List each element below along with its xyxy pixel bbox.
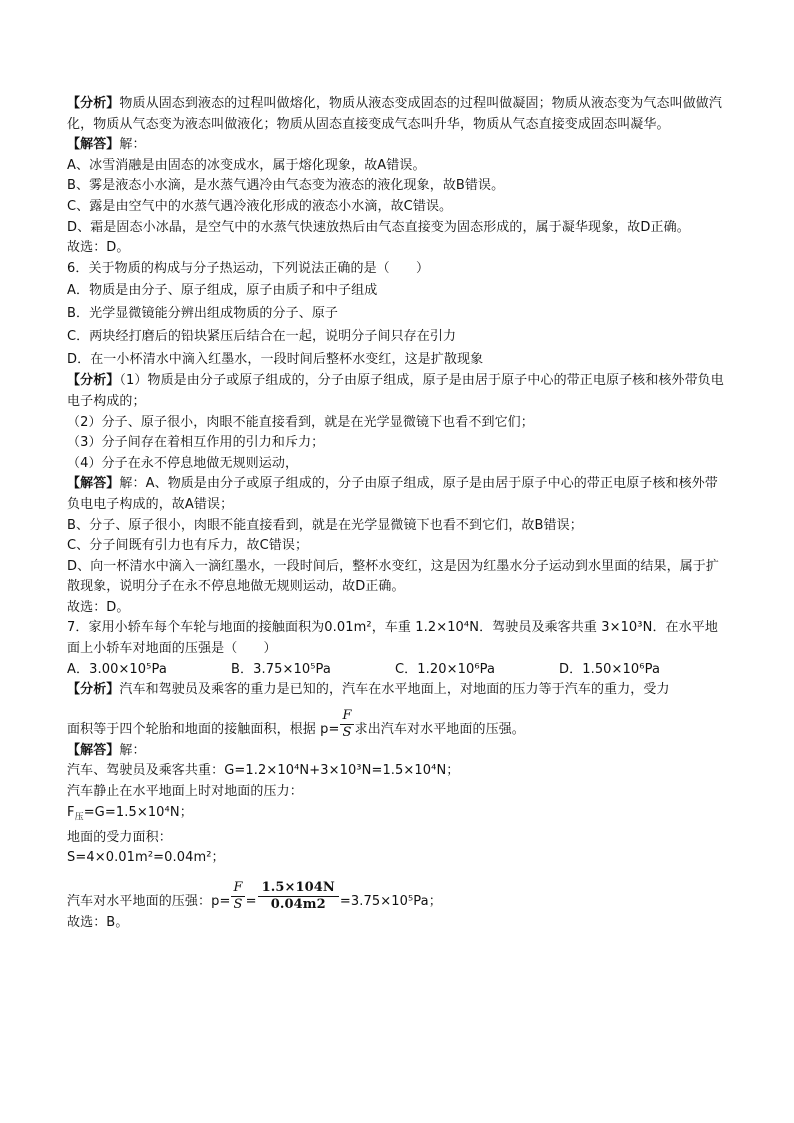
q7-option-c: C．1.20×10⁶Pa (395, 660, 559, 681)
q6-answer-a: 【解答】解：A、物质是由分子或原子组成的，分子由原子组成，原子是由居于原子中心的… (67, 474, 727, 515)
document-page: 【分析】物质从固态到液态的过程叫做熔化，物质从液态变成固态的过程叫做凝固；物质从… (67, 94, 727, 934)
q7-force-calc: F压=G=1.5×10⁴N； (67, 803, 727, 828)
q7-total-weight: 汽车、驾驶员及乘客共重：G=1.2×10⁴N+3×10³N=1.5×10⁴N； (67, 761, 727, 782)
q6-choice: 故选：D。 (67, 598, 727, 619)
analysis-tag: 【分析】 (67, 96, 119, 111)
fraction-f-over-s: F S (340, 708, 353, 741)
q6-question: 6．关于物质的构成与分子热运动，下列说法正确的是（ ） (67, 259, 727, 280)
q6-option-a: A．物质是由分子、原子组成，原子由质子和中子组成 (67, 279, 727, 302)
analysis-tag: 【分析】 (67, 682, 119, 697)
denominator: S (234, 897, 243, 913)
q7-pressure-calc: 汽车对水平地面的压强：p= F S = 1.5×104N 0.04m2 =3.7… (67, 869, 727, 913)
answer-intro: 解： (119, 137, 145, 152)
fraction-f-over-s: F S (231, 880, 244, 913)
q7-analysis-1: 【分析】汽车和驾驶员及乘客的重力是已知的，汽车在水平地面上，对地面的压力等于汽车… (67, 680, 727, 701)
q6-answer-c: C、分子间既有引力也有斥力，故C错误； (67, 536, 727, 557)
q7-area-calc: S=4×0.01m²=0.04m²； (67, 848, 727, 869)
numerator: F (231, 880, 244, 897)
q6-analysis-2: （2）分子、原子很小，肉眼不能直接看到，就是在光学显微镜下也看不到它们； (67, 413, 727, 434)
denominator: S (343, 725, 352, 741)
q5-answer-header: 【解答】解： (67, 135, 727, 156)
pressure-label: 汽车对水平地面的压强：p= (67, 892, 230, 913)
answer-tag: 【解答】 (67, 743, 119, 758)
q6-option-d: D．在一小杯清水中滴入红墨水，一段时间后整杯水变红，这是扩散现象 (67, 348, 727, 371)
force-symbol: F (67, 805, 75, 820)
q6-analysis-4: （4）分子在永不停息地做无规则运动， (67, 454, 727, 475)
analysis-text: 物质从固态到液态的过程叫做熔化，物质从液态变成固态的过程叫做凝固；物质从液态变为… (67, 96, 722, 132)
q7-choice: 故选：B。 (67, 913, 727, 934)
q5-answer-b: B、雾是液态小水滴，是水蒸气遇冷由气态变为液态的液化现象，故B错误。 (67, 176, 727, 197)
q6-option-b: B．光学显微镜能分辨出组成物质的分子、原子 (67, 302, 727, 325)
q6-option-c: C．两块经打磨后的铅块紧压后结合在一起，说明分子间只存在引力 (67, 325, 727, 348)
q6-answer-d: D、向一杯清水中滴入一滴红墨水，一段时间后，整杯水变红，这是因为红墨水分子运动到… (67, 557, 727, 598)
analysis-tag: 【分析】 (67, 373, 119, 388)
analysis-text: 汽车和驾驶员及乘客的重力是已知的，汽车在水平地面上，对地面的压力等于汽车的重力，… (119, 682, 669, 697)
analysis-text: 求出汽车对水平地面的压强。 (355, 720, 525, 741)
q5-answer-a: A、冰雪消融是由固态的冰变成水，属于熔化现象，故A错误。 (67, 156, 727, 177)
q7-option-a: A．3.00×10⁵Pa (67, 660, 231, 681)
equals: = (246, 892, 257, 913)
fraction-values: 1.5×104N 0.04m2 (258, 880, 339, 913)
answer-tag: 【解答】 (67, 137, 119, 152)
numerator: 1.5×104N (258, 880, 339, 897)
force-subscript: 压 (75, 812, 84, 822)
answer-a: 解：A、物质是由分子或原子组成的，分子由原子组成，原子是由居于原子中心的带正电原… (67, 476, 718, 512)
q7-option-b: B．3.75×10⁵Pa (231, 660, 395, 681)
q6-analysis-1: 【分析】（1）物质是由分子或原子组成的，分子由原子组成，原子是由居于原子中心的带… (67, 371, 727, 412)
q7-force-label: 汽车静止在水平地面上时对地面的压力： (67, 782, 727, 803)
numerator: F (340, 708, 353, 725)
q7-question: 7．家用小轿车每个车轮与地面的接触面积为0.01m²，车重 1.2×10⁴N．驾… (67, 618, 727, 659)
answer-tag: 【解答】 (67, 476, 119, 491)
q7-answer-header: 【解答】解： (67, 741, 727, 762)
q7-option-d: D．1.50×10⁶Pa (559, 660, 723, 681)
denominator: 0.04m2 (267, 897, 330, 913)
analysis-point-1: （1）物质是由分子或原子组成的，分子由原子组成，原子是由居于原子中心的带正电原子… (67, 373, 724, 409)
force-value: =G=1.5×10⁴N； (84, 805, 193, 820)
pressure-result: =3.75×10⁵Pa； (340, 892, 442, 913)
q6-answer-b: B、分子、原子很小，肉眼不能直接看到，就是在光学显微镜下也看不到它们，故B错误； (67, 516, 727, 537)
q7-analysis-2: 面积等于四个轮胎和地面的接触面积，根据 p= F S 求出汽车对水平地面的压强。 (67, 701, 727, 741)
q5-choice: 故选：D。 (67, 238, 727, 259)
q7-options: A．3.00×10⁵Pa B．3.75×10⁵Pa C．1.20×10⁶Pa D… (67, 660, 727, 681)
q5-answer-d: D、霜是固态小冰晶，是空气中的水蒸气快速放热后由气态直接变为固态形成的，属于凝华… (67, 218, 727, 239)
q5-answer-c: C、露是由空气中的水蒸气遇冷液化形成的液态小水滴，故C错误。 (67, 197, 727, 218)
answer-intro: 解： (119, 743, 145, 758)
q6-analysis-3: （3）分子间存在着相互作用的引力和斥力； (67, 433, 727, 454)
q5-analysis: 【分析】物质从固态到液态的过程叫做熔化，物质从液态变成固态的过程叫做凝固；物质从… (67, 94, 727, 135)
analysis-text: 面积等于四个轮胎和地面的接触面积，根据 p= (67, 720, 339, 741)
q7-area-label: 地面的受力面积： (67, 828, 727, 849)
